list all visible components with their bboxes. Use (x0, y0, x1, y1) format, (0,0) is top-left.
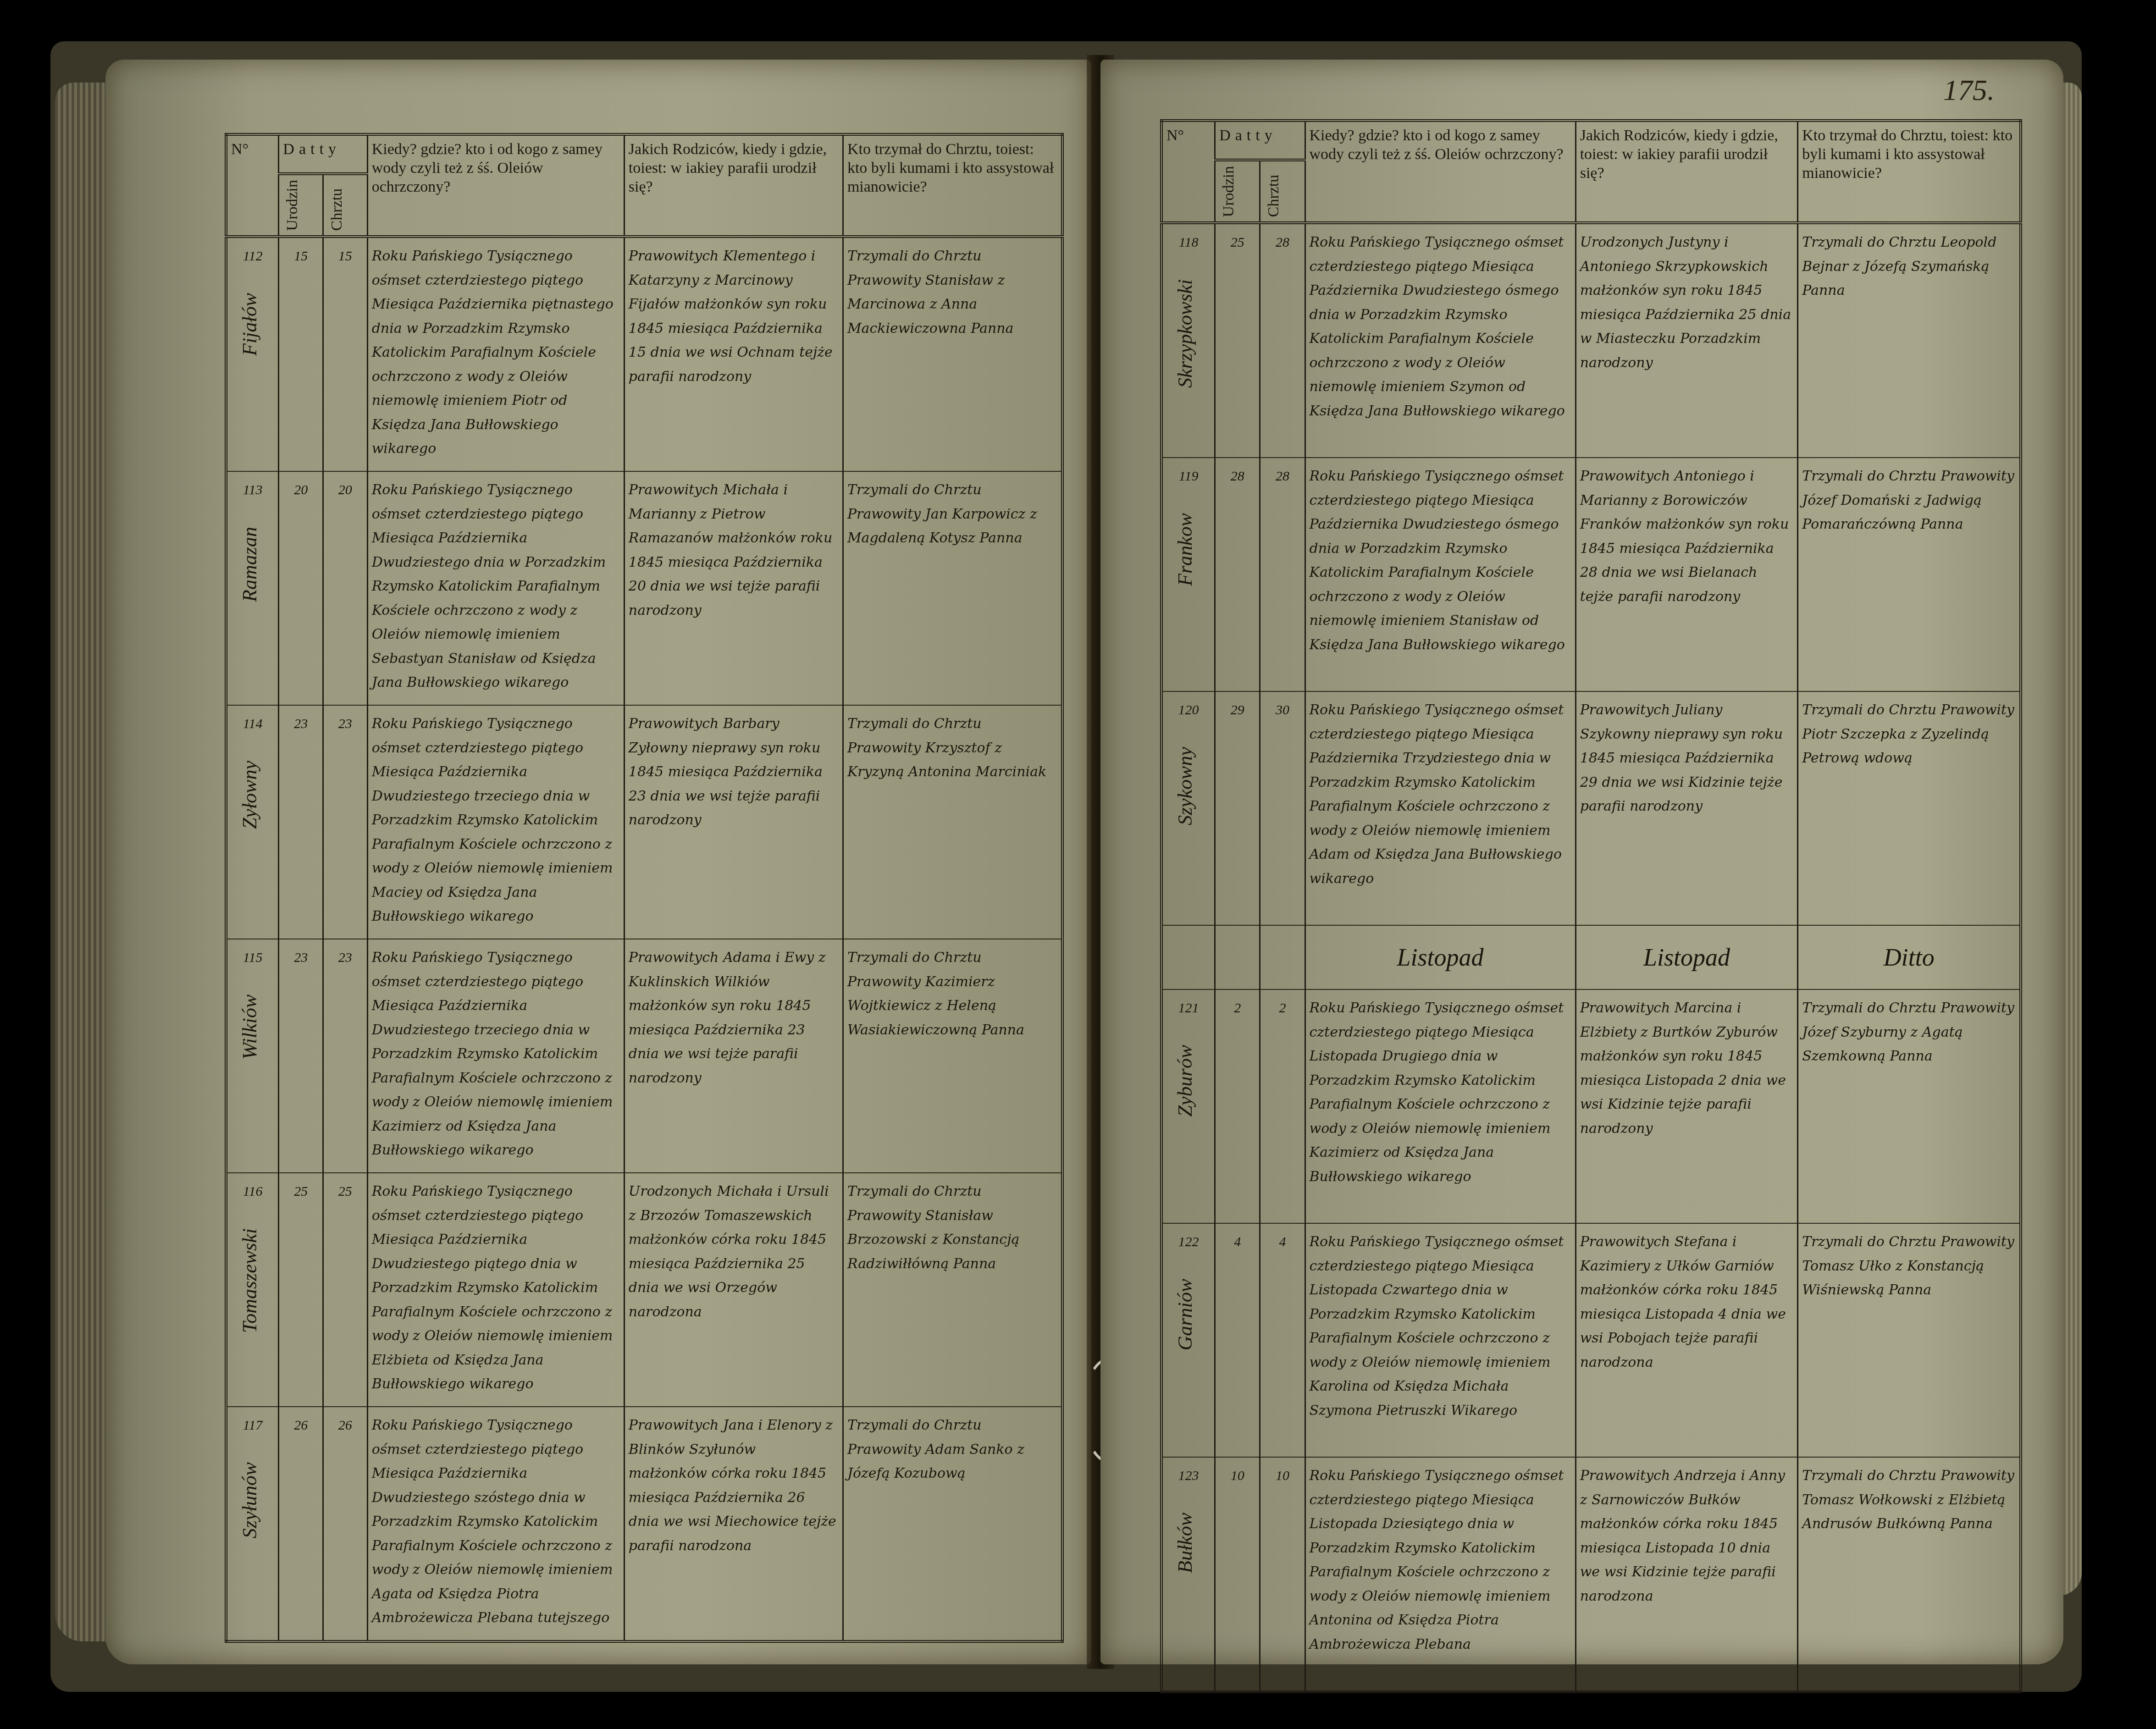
baptism-record: Roku Pańskiego Tysiącznego ośmset czterd… (1305, 458, 1576, 691)
birth-day: 25 (279, 1173, 323, 1407)
left-page: N° Datty Kiedy? gdzie? kto i od kogo z s… (105, 60, 1091, 1664)
month-label: Listopad (1576, 925, 1798, 989)
register-entry: 122Garniów 4 4 Roku Pańskiego Tysiączneg… (1161, 1223, 2021, 1457)
birth-day: 28 (1215, 458, 1260, 691)
register-entry: 119Frankow 28 28 Roku Pańskiego Tysiączn… (1161, 458, 2021, 691)
entry-surname: Wilkiów (232, 994, 267, 1060)
birth-day: 26 (279, 1407, 323, 1641)
entry-number: 115Wilkiów (226, 939, 279, 1173)
header-number: N° (1161, 121, 1215, 223)
godparents-record: Trzymali do Chrztu Prawowity Stanisław B… (843, 1173, 1062, 1407)
birth-day: 20 (279, 471, 323, 705)
register-entry: 117Szyłunów 26 26 Roku Pańskiego Tysiącz… (226, 1407, 1062, 1641)
entry-surname: Tomaszewski (232, 1228, 267, 1333)
godparents-record: Trzymali do Chrztu Prawowity Tomasz Ułko… (1798, 1223, 2021, 1457)
month-label: Listopad (1305, 925, 1576, 989)
parents-record: Prawowitych Juliany Szykowny nieprawy sy… (1576, 691, 1798, 925)
parents-record: Prawowitych Stefana i Kazimiery z Ułków … (1576, 1223, 1798, 1457)
entry-surname: Zyburów (1167, 1045, 1203, 1116)
baptism-record: Roku Pańskiego Tysiącznego ośmset czterd… (367, 471, 624, 705)
register-entry: 115Wilkiów 23 23 Roku Pańskiego Tysiączn… (226, 939, 1062, 1173)
baptism-record: Roku Pańskiego Tysiącznego ośmset czterd… (367, 237, 624, 471)
register-entry: 118Skrzypkowski 25 28 Roku Pańskiego Tys… (1161, 223, 2021, 458)
godparents-record: Trzymali do Chrztu Prawowity Józef Szybu… (1798, 989, 2021, 1223)
baptism-record: Roku Pańskiego Tysiącznego ośmset czterd… (1305, 223, 1576, 458)
entry-surname: Szykowny (1167, 747, 1203, 825)
baptism-day: 28 (1260, 223, 1305, 458)
entry-surname: Ramazan (232, 527, 267, 602)
baptism-day: 10 (1260, 1457, 1305, 1692)
baptism-day: 4 (1260, 1223, 1305, 1457)
register-entry: 120Szykowny 29 30 Roku Pańskiego Tysiącz… (1161, 691, 2021, 925)
right-page: 175. N° Datty Kiedy? gdzie? kto i od kog… (1100, 60, 2063, 1664)
header-birth: Urodzin (1215, 160, 1260, 223)
entry-number: 120Szykowny (1161, 691, 1215, 925)
entry-number: 121Zyburów (1161, 989, 1215, 1223)
header-baptism: Chrztu (323, 174, 368, 237)
birth-day: 10 (1215, 1457, 1260, 1692)
parents-record: Urodzonych Justyny i Antoniego Skrzypkow… (1576, 223, 1798, 458)
baptism-record: Roku Pańskiego Tysiącznego ośmset czterd… (367, 939, 624, 1173)
page-number: 175. (1943, 73, 1995, 107)
entry-surname: Bułków (1167, 1513, 1203, 1573)
godparents-record: Trzymali do Chrztu Prawowity Tomasz Wołk… (1798, 1457, 2021, 1692)
header-when-where: Kiedy? gdzie? kto i od kogo z samey wody… (1305, 121, 1576, 223)
birth-day: 23 (279, 939, 323, 1173)
godparents-record: Trzymali do Chrztu Prawowity Stanisław z… (843, 237, 1062, 471)
godparents-record: Trzymali do Chrztu Prawowity Kazimierz W… (843, 939, 1062, 1173)
register-entry: 113Ramazan 20 20 Roku Pańskiego Tysiączn… (226, 471, 1062, 705)
ditto-label: Ditto (1798, 925, 2021, 989)
baptism-day: 25 (323, 1173, 368, 1407)
register-entry: 123Bułków 10 10 Roku Pańskiego Tysiączne… (1161, 1457, 2021, 1692)
baptism-record: Roku Pańskiego Tysiącznego ośmset czterd… (367, 1173, 624, 1407)
baptism-day: 23 (323, 939, 368, 1173)
godparents-record: Trzymali do Chrztu Prawowity Józef Domań… (1798, 458, 2021, 691)
entry-surname: Skrzypkowski (1167, 279, 1203, 388)
parents-record: Prawowitych Adama i Ewy z Kuklinskich Wi… (624, 939, 843, 1173)
parents-record: Prawowitych Antoniego i Marianny z Borow… (1576, 458, 1798, 691)
parents-record: Urodzonych Michała i Ursuli z Brzozów To… (624, 1173, 843, 1407)
baptism-day: 30 (1260, 691, 1305, 925)
baptism-record: Roku Pańskiego Tysiącznego ośmset czterd… (1305, 989, 1576, 1223)
header-parents: Jakich Rodziców, kiedy i gdzie, toiest: … (1576, 121, 1798, 223)
entry-number: 113Ramazan (226, 471, 279, 705)
register-table-right: N° Datty Kiedy? gdzie? kto i od kogo z s… (1160, 119, 2022, 1693)
birth-day: 25 (1215, 223, 1260, 458)
birth-day: 4 (1215, 1223, 1260, 1457)
baptism-record: Roku Pańskiego Tysiącznego ośmset czterd… (1305, 1457, 1576, 1692)
entry-surname: Zyłowny (232, 761, 267, 829)
parents-record: Prawowitych Michała i Marianny z Pietrow… (624, 471, 843, 705)
header-parents: Jakich Rodziców, kiedy i gdzie, toiest: … (624, 134, 843, 237)
header-when-where: Kiedy? gdzie? kto i od kogo z samey wody… (367, 134, 624, 237)
parents-record: Prawowitych Marcina i Elżbiety z Burtków… (1576, 989, 1798, 1223)
entry-surname: Szyłunów (232, 1462, 267, 1538)
godparents-record: Trzymali do Chrztu Prawowity Piotr Szcze… (1798, 691, 2021, 925)
baptism-day: 20 (323, 471, 368, 705)
register-entry: 121Zyburów 2 2 Roku Pańskiego Tysiączneg… (1161, 989, 2021, 1223)
header-dates: Datty (1215, 121, 1305, 160)
baptism-day: 15 (323, 237, 368, 471)
header-dates: Datty (279, 134, 367, 174)
birth-day: 2 (1215, 989, 1260, 1223)
baptism-day: 23 (323, 705, 368, 939)
baptism-day: 2 (1260, 989, 1305, 1223)
entry-surname: Fijałów (232, 293, 267, 356)
baptism-day: 26 (323, 1407, 368, 1641)
month-divider-row: Listopad Listopad Ditto (1161, 925, 2021, 989)
entry-surname: Frankow (1167, 513, 1203, 586)
baptism-record: Roku Pańskiego Tysiącznego ośmset czterd… (1305, 1223, 1576, 1457)
parents-record: Prawowitych Andrzeja i Anny z Sarnowiczó… (1576, 1457, 1798, 1692)
birth-day: 23 (279, 705, 323, 939)
header-baptism: Chrztu (1260, 160, 1305, 223)
parents-record: Prawowitych Jana i Elenory z Blinków Szy… (624, 1407, 843, 1641)
register-table-left: N° Datty Kiedy? gdzie? kto i od kogo z s… (225, 133, 1064, 1643)
entry-number: 118Skrzypkowski (1161, 223, 1215, 458)
baptism-day: 28 (1260, 458, 1305, 691)
entry-surname: Garniów (1167, 1279, 1203, 1350)
entry-number: 112Fijałów (226, 237, 279, 471)
parents-record: Prawowitych Barbary Zyłowny nieprawy syn… (624, 705, 843, 939)
entry-number: 119Frankow (1161, 458, 1215, 691)
header-godparents: Kto trzymał do Chrztu, toiest: kto byli … (843, 134, 1062, 237)
entry-number: 114Zyłowny (226, 705, 279, 939)
godparents-record: Trzymali do Chrztu Prawowity Jan Karpowi… (843, 471, 1062, 705)
entry-number: 123Bułków (1161, 1457, 1215, 1692)
parents-record: Prawowitych Klementego i Katarzyny z Mar… (624, 237, 843, 471)
birth-day: 29 (1215, 691, 1260, 925)
baptism-record: Roku Pańskiego Tysiącznego ośmset czterd… (1305, 691, 1576, 925)
entry-number: 122Garniów (1161, 1223, 1215, 1457)
baptism-record: Roku Pańskiego Tysiącznego ośmset czterd… (367, 1407, 624, 1641)
entry-number: 116Tomaszewski (226, 1173, 279, 1407)
register-entry: 112Fijałów 15 15 Roku Pańskiego Tysiączn… (226, 237, 1062, 471)
entry-number: 117Szyłunów (226, 1407, 279, 1641)
register-entry: 116Tomaszewski 25 25 Roku Pańskiego Tysi… (226, 1173, 1062, 1407)
header-number: N° (226, 134, 279, 237)
header-birth: Urodzin (279, 174, 323, 237)
header-godparents: Kto trzymał do Chrztu, toiest: kto byli … (1798, 121, 2021, 223)
godparents-record: Trzymali do Chrztu Prawowity Krzysztof z… (843, 705, 1062, 939)
birth-day: 15 (279, 237, 323, 471)
register-entry: 114Zyłowny 23 23 Roku Pańskiego Tysiączn… (226, 705, 1062, 939)
godparents-record: Trzymali do Chrztu Prawowity Adam Sanko … (843, 1407, 1062, 1641)
baptism-record: Roku Pańskiego Tysiącznego ośmset czterd… (367, 705, 624, 939)
godparents-record: Trzymali do Chrztu Leopold Bejnar z Józe… (1798, 223, 2021, 458)
